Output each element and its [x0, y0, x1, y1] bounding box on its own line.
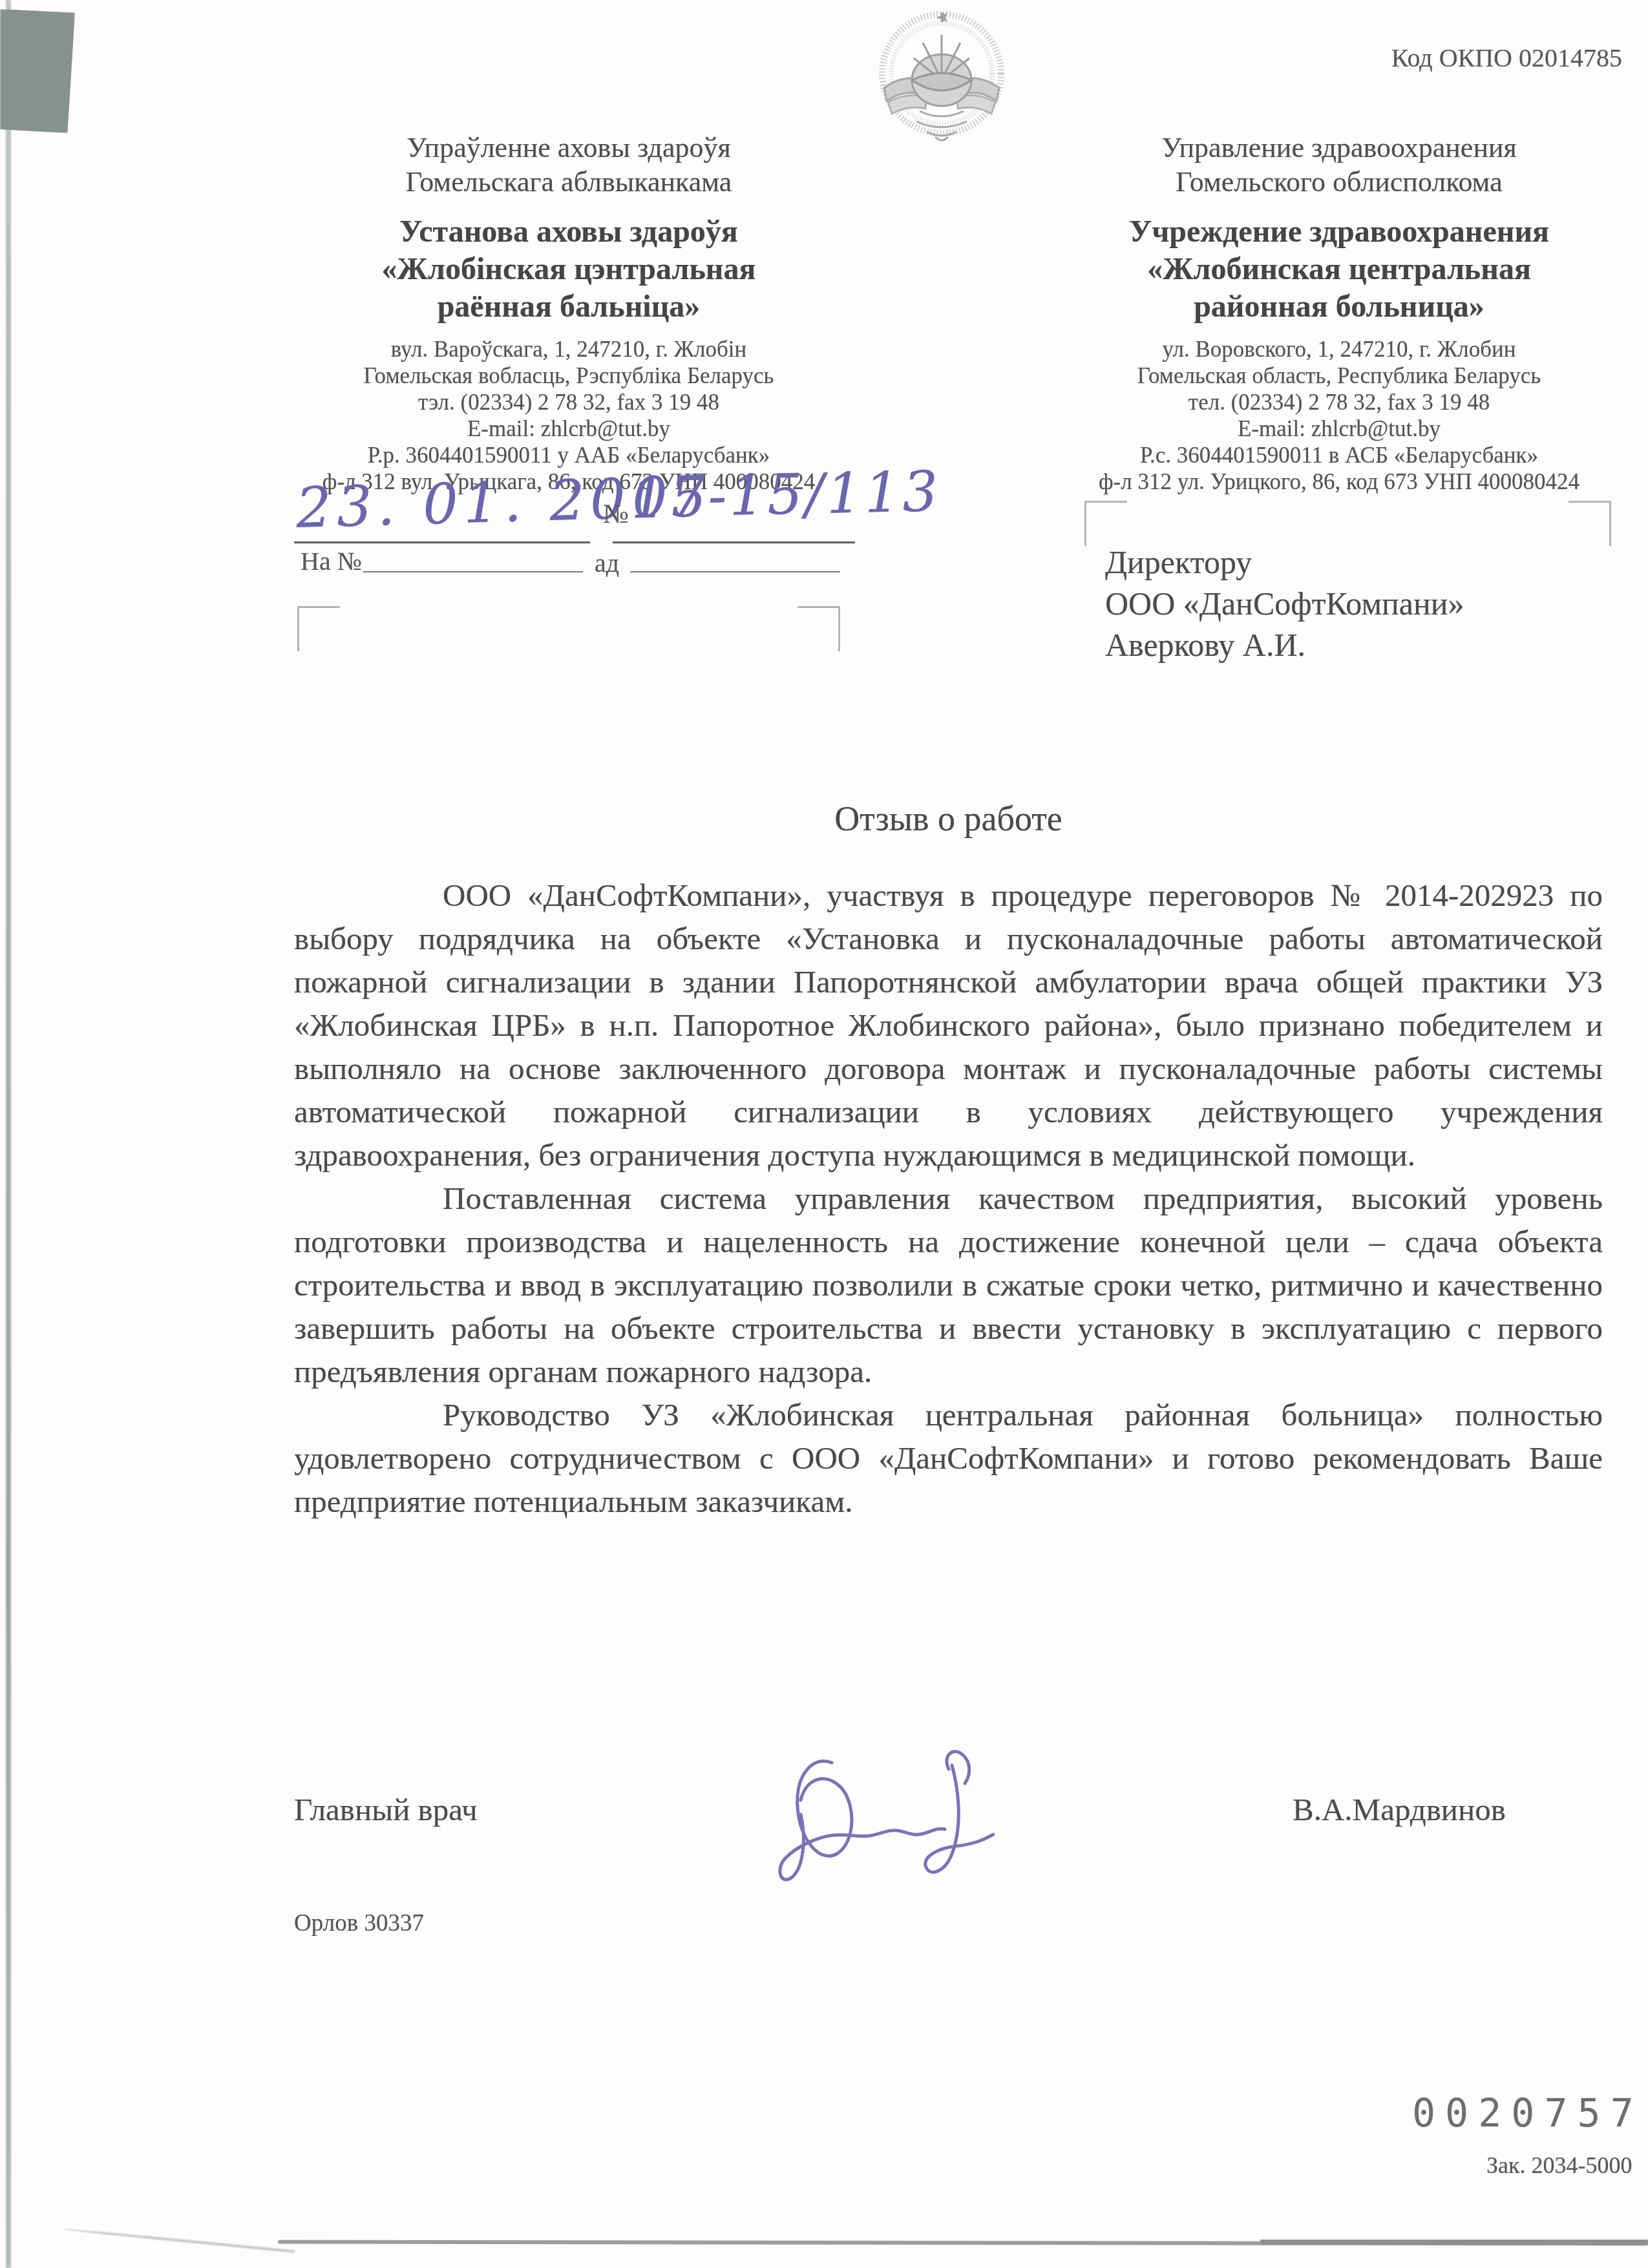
corner-mark-left-zone-tr-v — [838, 606, 840, 651]
okpo-code: Код ОКПО 02014785 — [1344, 43, 1622, 73]
recipient-line-1: Директору — [1105, 541, 1635, 583]
corner-mark-left-zone-tl-v — [297, 606, 299, 651]
handwritten-outgoing-number: 07-15/113 — [631, 459, 941, 530]
right-address-line-3: тел. (02334) 2 78 32, fax 3 19 48 — [1029, 389, 1648, 415]
right-name-line-3: районная больница» — [1029, 288, 1648, 326]
left-address-line-2: Гомельская вобласць, Рэспубліка Беларусь — [259, 362, 879, 389]
top-left-scan-blotch — [0, 9, 75, 133]
belarus-coat-of-arms-icon — [865, 4, 1019, 154]
right-address-line-2: Гомельская область, Республика Беларусь — [1029, 362, 1648, 389]
corner-mark-left-zone-tl-h — [297, 606, 340, 608]
right-address-line-4: E-mail: zhlcrb@tut.by — [1029, 415, 1648, 442]
right-name-line-2: «Жлобинская центральная — [1029, 251, 1648, 288]
left-address-line-1: вул. Вароўскага, 1, 247210, г. Жлобін — [259, 336, 879, 362]
corner-mark-recipient-tr-v — [1609, 501, 1611, 546]
reply-from-label: ад — [595, 548, 619, 578]
page-left-edge-artifact — [6, 0, 11, 2268]
right-name-line-1: Учреждение здравоохранения — [1029, 213, 1648, 251]
left-name-line-1: Установа аховы здароўя — [259, 213, 879, 251]
body-paragraph-3: Руководство УЗ «Жлобинская центральная р… — [294, 1393, 1603, 1523]
bottom-page-edge-line-dark — [1260, 2240, 1648, 2245]
letterhead-left-column: Упраўленне аховы здароўя Гомельскага абл… — [259, 131, 879, 495]
right-address-line-1: ул. Воровского, 1, 247210, г. Жлобин — [1029, 336, 1648, 362]
recipient-block: Директору ООО «ДанСофтКомпани» Аверкову … — [1105, 541, 1635, 666]
recipient-line-3: Аверкову А.И. — [1105, 624, 1635, 666]
body-paragraph-2: Поставленная система управления качество… — [294, 1177, 1603, 1393]
document-body: ООО «ДанСофтКомпани», участвуя в процеду… — [294, 874, 1603, 1523]
corner-mark-left-zone-tr-h — [798, 606, 840, 608]
left-org-line-1: Упраўленне аховы здароўя — [259, 131, 879, 165]
signature-scribble — [759, 1738, 1037, 1893]
number-underline — [613, 541, 855, 543]
right-org-line-2: Гомельского облисполкома — [1029, 165, 1648, 199]
recipient-line-2: ООО «ДанСофтКомпани» — [1105, 583, 1635, 624]
letterhead-right-column: Управление здравоохранения Гомельского о… — [1029, 131, 1648, 495]
print-order-note: Зак. 2034-5000 — [1486, 2152, 1632, 2179]
left-org-line-2: Гомельскага аблвыканкама — [259, 165, 879, 199]
bottom-page-edge-curve — [63, 2228, 295, 2252]
left-name-line-3: раённая бальніца» — [259, 288, 879, 326]
reply-date-blank-line — [630, 571, 840, 572]
left-name-line-2: «Жлобінская цэнтральная — [259, 251, 879, 288]
left-address-line-4: E-mail: zhlcrb@tut.by — [259, 415, 879, 442]
date-underline — [294, 541, 590, 543]
signatory-position: Главный врач — [294, 1791, 478, 1828]
reply-number-blank-line — [363, 571, 583, 572]
document-title: Отзыв о работе — [294, 799, 1603, 839]
corner-mark-recipient-tr-h — [1569, 501, 1611, 503]
right-address-line-6: ф-л 312 ул. Урицкого, 86, код 673 УНП 40… — [1029, 468, 1648, 495]
number-sign: № — [603, 499, 629, 530]
corner-mark-recipient-tl-h — [1084, 501, 1127, 503]
reply-to-label: На № — [301, 546, 362, 576]
right-address-line-5: Р.с. 3604401590011 в АСБ «Беларусбанк» — [1029, 442, 1648, 468]
executor-note: Орлов 30337 — [294, 1909, 424, 1937]
right-org-line-1: Управление здравоохранения — [1029, 131, 1648, 165]
left-address-line-3: тэл. (02334) 2 78 32, fax 3 19 48 — [259, 389, 879, 415]
corner-mark-recipient-tl-v — [1084, 501, 1086, 546]
signatory-name: В.А.Мардвинов — [1293, 1791, 1506, 1828]
form-serial-number: 0020757 — [1412, 2091, 1643, 2136]
body-paragraph-1: ООО «ДанСофтКомпани», участвуя в процеду… — [294, 874, 1603, 1177]
